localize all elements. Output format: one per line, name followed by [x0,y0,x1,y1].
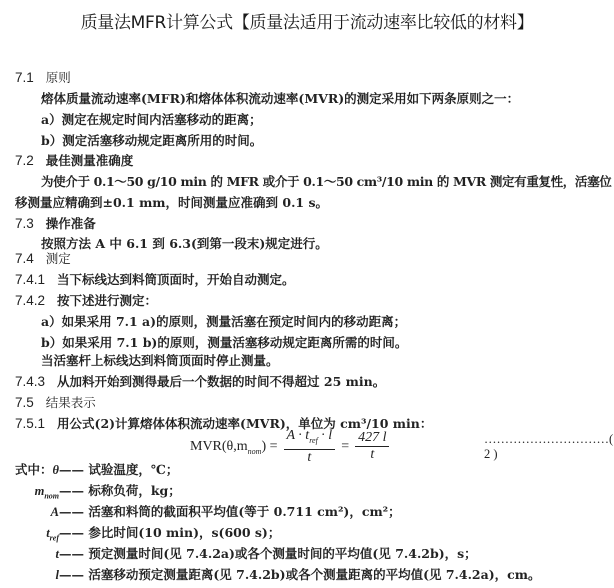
section-text: 当下标线达到料筒顶面时，开始自动测定。 [57,272,295,287]
page-title: 质量法MFR计算公式【质量法适用于流动速率比较低的材料】 [0,8,614,33]
section-7-4-1: 7.4.1当下标线达到料筒顶面时，开始自动测定。 [15,272,295,288]
section-number: 7.4.1 [15,272,45,288]
section-7-4-2-item-b: b）如果采用 7.1 b)的原则，测量活塞移动规定距离所需的时间。 [41,335,407,351]
section-number: 7.5.1 [15,416,45,432]
formula-fraction-1: A · tref · l t [284,428,336,466]
section-title: 原则 [46,70,71,85]
section-7-2-line-2: 移测量应精确到±0.1 mm，时间测量应准确到 0.1 s。 [15,195,328,211]
section-7-5-heading: 7.5结果表示 [15,395,96,411]
section-title: 操作准备 [46,216,96,231]
section-title: 最佳测量准确度 [46,153,134,168]
formula-lhs: MVR(θ,mnom) = [190,439,278,456]
section-number: 7.4.2 [15,293,45,309]
formula-equals: = [341,439,349,455]
section-7-4-2-stop: 当活塞杆上标线达到料筒顶面时停止测量。 [41,353,279,369]
section-number: 7.4 [15,251,34,267]
def-m-nom: mnom—— 标称负荷，kg； [30,483,181,505]
section-7-3-line-1: 按照方法 A 中 6.1 到 6.3(到第一段末)规定进行。 [41,236,328,252]
def-t: t—— 预定测量时间(见 7.4.2a)或各个测量时间的平均值(见 7.4.2b… [30,546,477,562]
section-7-1-item-b: b）测定活塞移动规定距离所用的时间。 [41,133,262,149]
section-title: 结果表示 [46,395,96,410]
section-7-1-intro: 熔体质量流动速率(MFR)和熔体体积流动速率(MVR)的测定采用如下两条原则之一… [41,91,519,107]
formula-fraction-2: 427 l t [355,430,389,463]
section-7-1-item-a: a）测定在规定时间内活塞移动的距离； [41,112,262,128]
equation-number: …………………………( 2 ) [484,432,614,462]
section-7-2-heading: 7.2最佳测量准确度 [15,153,133,169]
section-7-4-3: 7.4.3从加料开始到测得最后一个数据的时间不得超过 25 min。 [15,374,385,390]
def-l: l—— 活塞移动预定测量距离(见 7.4.2b)或各个测量距离的平均值(见 7.… [30,567,540,583]
section-text: 从加料开始到测得最后一个数据的时间不得超过 25 min。 [57,374,385,389]
section-7-4-2: 7.4.2按下述进行测定： [15,293,157,309]
mvr-formula: MVR(θ,mnom) = A · tref · l t = 427 l t [190,428,395,466]
section-number: 7.2 [15,153,34,169]
def-theta: θ—— 试验温度，℃； [47,462,178,478]
section-7-3-heading: 7.3操作准备 [15,216,96,232]
section-7-4-heading: 7.4测定 [15,251,71,267]
section-number: 7.4.3 [15,374,45,390]
section-number: 7.1 [15,70,34,86]
def-t-ref: tref—— 参比时间(10 min)，s(600 s)； [30,525,280,547]
section-number: 7.3 [15,216,34,232]
section-number: 7.5 [15,395,34,411]
section-7-2-line-1: 为使介于 0.1～50 g/10 min 的 MFR 或介于 0.1～50 cm… [41,174,611,190]
section-7-4-2-item-a: a）如果采用 7.1 a)的原则，测量活塞在预定时间内的移动距离； [41,314,406,330]
section-text: 按下述进行测定： [57,293,157,308]
section-7-1-heading: 7.1原则 [15,70,71,86]
def-a: A—— 活塞和料筒的截面积平均值(等于 0.711 cm²)，cm²； [30,504,401,520]
section-title: 测定 [46,251,71,266]
